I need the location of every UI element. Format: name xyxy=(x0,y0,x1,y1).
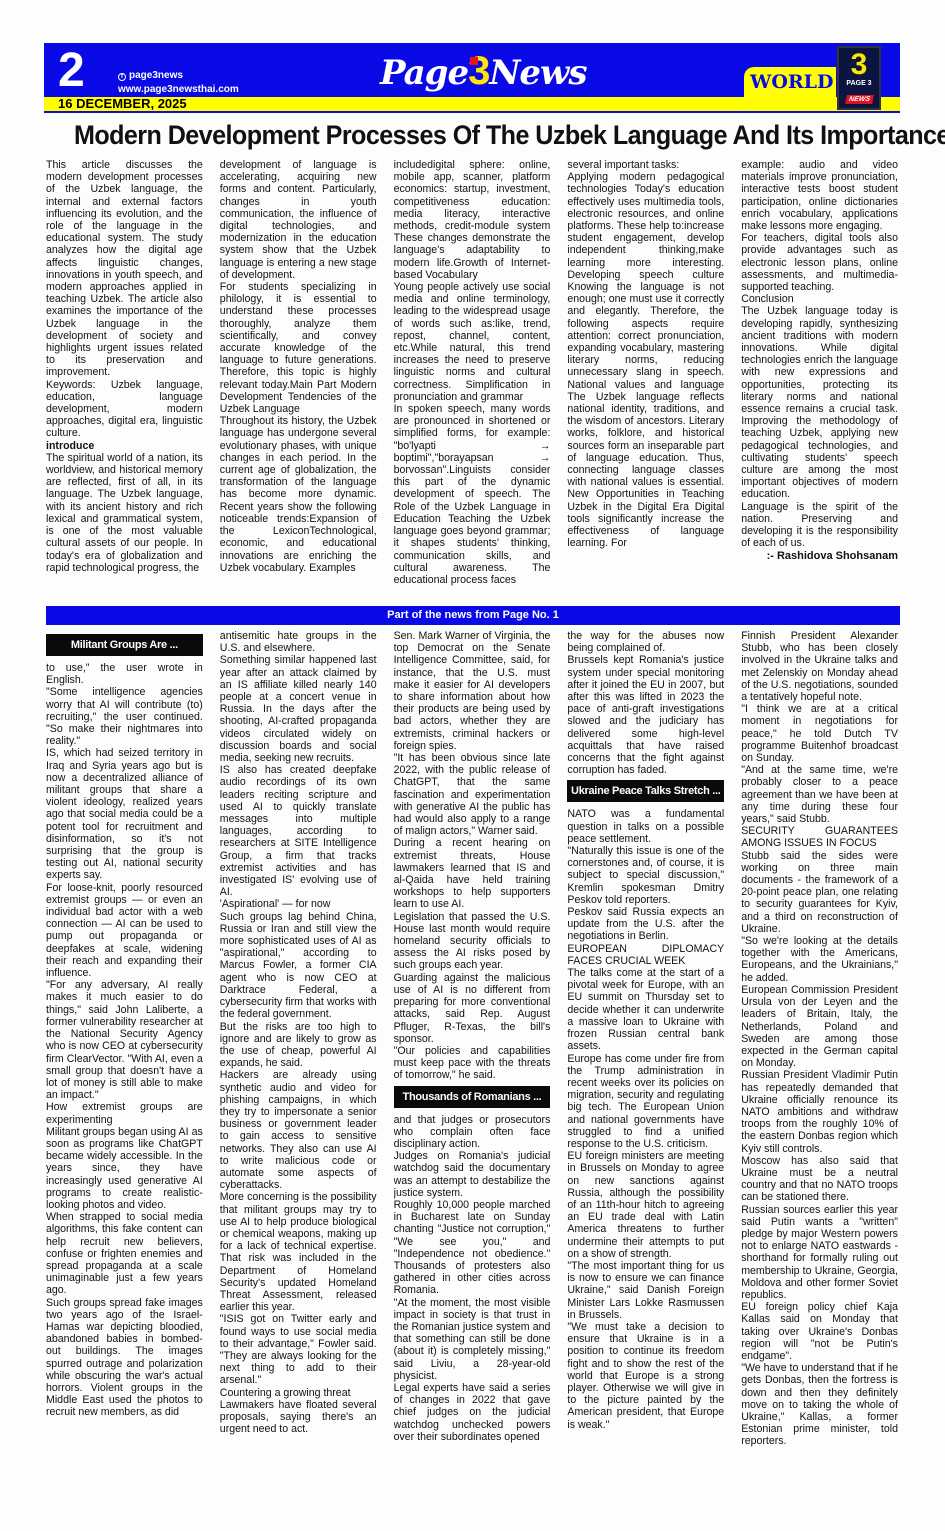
subheading: introduce xyxy=(46,440,203,452)
paragraph: Something similar happened last year aft… xyxy=(220,654,377,764)
paragraph: Such groups lag behind China, Russia or … xyxy=(220,911,377,1021)
paragraph: Moscow has also said that Ukraine must b… xyxy=(741,1155,898,1204)
paragraph: Guarding against the malicious use of AI… xyxy=(394,972,551,1045)
paragraph: "I think we are at a critical moment in … xyxy=(741,703,898,764)
paragraph: The Uzbek language today is developing r… xyxy=(741,305,898,500)
paragraph: IS, which had seized territory in Iraq a… xyxy=(46,747,203,881)
text-column: includedigital sphere: online, mobile ap… xyxy=(394,159,551,599)
logo-number: 3 xyxy=(468,49,489,93)
paragraph: Peskov said Russia expects an update fro… xyxy=(567,906,724,943)
section-label: WORLD xyxy=(750,71,834,93)
social-handle: page3news xyxy=(129,70,183,81)
paragraph: European Commission President Ursula von… xyxy=(741,984,898,1069)
paragraph: Roughly 10,000 people marched in Buchare… xyxy=(394,1199,551,1297)
paragraph: example: audio and video materials impro… xyxy=(741,159,898,232)
paragraph: Brussels kept Romania's justice system u… xyxy=(567,654,724,776)
paragraph: "Naturally this issue is one of the corn… xyxy=(567,845,724,906)
paragraph: Sen. Mark Warner of Virginia, the top De… xyxy=(394,630,551,752)
text-column: Finnish President Alexander Stubb, who h… xyxy=(741,630,898,1490)
story-kicker[interactable]: Thousands of Romanians ... xyxy=(394,1086,551,1108)
social-handle-row[interactable]: fpage3news xyxy=(118,69,239,83)
paragraph: During a recent hearing on extremist thr… xyxy=(394,837,551,910)
masthead-rule xyxy=(44,111,900,113)
paragraph: In spoken speech, many words are pronoun… xyxy=(394,403,551,586)
social-links: fpage3news www.page3newsthai.com xyxy=(118,69,239,97)
paragraph: to use," the user wrote in English. xyxy=(46,662,203,686)
paragraph: For teachers, digital tools also provide… xyxy=(741,232,898,293)
paragraph: The talks come at the start of a pivotal… xyxy=(567,967,724,1052)
paragraph: Stubb said the sides were working on thr… xyxy=(741,850,898,935)
paragraph: EUROPEAN DIPLOMACY FACES CRUCIAL WEEK xyxy=(567,943,724,967)
newspaper-logo: Page3News xyxy=(380,51,586,93)
text-column: example: audio and video materials impro… xyxy=(741,159,898,599)
text-column: Militant Groups Are ...to use," the user… xyxy=(46,630,203,1490)
website-link[interactable]: www.page3newsthai.com xyxy=(118,83,239,97)
paragraph: Young people actively use social media a… xyxy=(394,281,551,403)
text-column: Sen. Mark Warner of Virginia, the top De… xyxy=(394,630,551,1490)
paragraph: "Some intelligence agencies worry that A… xyxy=(46,686,203,747)
masthead: 2 fpage3news www.page3newsthai.com 16 DE… xyxy=(44,43,900,113)
paragraph: "And at the same time, we're probably cl… xyxy=(741,764,898,825)
paragraph: and that judges or prosecutors who compl… xyxy=(394,1114,551,1151)
paragraph: Countering a growing threat xyxy=(220,1387,377,1399)
paragraph: When strapped to social media algorithms… xyxy=(46,1211,203,1296)
paragraph: Finnish President Alexander Stubb, who h… xyxy=(741,630,898,703)
paragraph: 'Aspirational' — for now xyxy=(220,898,377,910)
paragraph: SECURITY GUARANTEES AMONG ISSUES IN FOCU… xyxy=(741,825,898,849)
paragraph: Judges on Romania's judicial watchdog sa… xyxy=(394,1150,551,1199)
paragraph: But the risks are too high to ignore and… xyxy=(220,1021,377,1070)
paragraph: includedigital sphere: online, mobile ap… xyxy=(394,159,551,281)
paragraph: This article discusses the modern develo… xyxy=(46,159,203,379)
paragraph: Language is the spirit of the nation. Pr… xyxy=(741,501,898,550)
badge-news-text: NEWS xyxy=(845,95,874,104)
paragraph: Russian sources earlier this year said P… xyxy=(741,1204,898,1302)
brand-badge: 3 PAGE 3 NEWS xyxy=(837,46,881,110)
paragraph: Keywords: Uzbek language, education, lan… xyxy=(46,379,203,440)
paragraph: Such groups spread fake images two years… xyxy=(46,1297,203,1419)
paragraph: For students specializing in philology, … xyxy=(220,281,377,415)
continued-stories-body: Militant Groups Are ...to use," the user… xyxy=(46,630,900,1490)
paragraph: the way for the abuses now being complai… xyxy=(567,630,724,654)
text-column: several important tasks:Applying modern … xyxy=(567,159,724,599)
lead-article-body: This article discusses the modern develo… xyxy=(46,159,900,599)
author-byline: :- Rashidova Shohsanam xyxy=(741,550,898,562)
text-column: antisemitic hate groups in the U.S. and … xyxy=(220,630,377,1490)
lead-headline: Modern Development Processes Of The Uzbe… xyxy=(74,118,870,152)
paragraph: Russian President Vladimir Putin has rep… xyxy=(741,1069,898,1154)
badge-number: 3 xyxy=(839,50,879,80)
story-kicker[interactable]: Ukraine Peace Talks Stretch ... xyxy=(567,780,724,802)
text-column: the way for the abuses now being complai… xyxy=(567,630,724,1490)
issue-date: 16 DECEMBER, 2025 xyxy=(58,97,187,111)
logo-word-page: Page xyxy=(380,53,468,93)
paragraph: Throughout its history, the Uzbek langua… xyxy=(220,415,377,574)
paragraph: Europe has come under fire from the Trum… xyxy=(567,1053,724,1151)
paragraph: EU foreign policy chief Kaja Kallas said… xyxy=(741,1301,898,1362)
paragraph: NATO was a fundamental question in talks… xyxy=(567,808,724,845)
paragraph: "It has been obvious since late 2022, wi… xyxy=(394,752,551,837)
paragraph: "We must take a decision to ensure that … xyxy=(567,1321,724,1431)
paragraph: "ISIS got on Twitter early and found way… xyxy=(220,1313,377,1386)
paragraph: Legal experts have said a series of chan… xyxy=(394,1382,551,1443)
paragraph: Hackers are already using synthetic audi… xyxy=(220,1069,377,1191)
paragraph: antisemitic hate groups in the U.S. and … xyxy=(220,630,377,654)
paragraph: "The most important thing for us is now … xyxy=(567,1260,724,1321)
page-number: 2 xyxy=(58,45,85,97)
paragraph: "For any adversary, AI really makes it m… xyxy=(46,979,203,1101)
logo-word-news: News xyxy=(489,53,586,93)
text-column: development of language is accelerating,… xyxy=(220,159,377,599)
paragraph: EU foreign ministers are meeting in Brus… xyxy=(567,1150,724,1260)
paragraph: The spiritual world of a nation, its wor… xyxy=(46,452,203,574)
paragraph: Militant groups began using AI as soon a… xyxy=(46,1126,203,1211)
badge-page-text: PAGE 3 xyxy=(839,80,879,88)
paragraph: development of language is accelerating,… xyxy=(220,159,377,281)
paragraph: Legislation that passed the U.S. House l… xyxy=(394,911,551,972)
text-column: This article discusses the modern develo… xyxy=(46,159,203,599)
paragraph: IS also has created deepfake audio recor… xyxy=(220,764,377,898)
continued-from-page-bar: Part of the news from Page No. 1 xyxy=(46,606,900,625)
paragraph: several important tasks: xyxy=(567,159,724,171)
paragraph: How extremist groups are experimenting xyxy=(46,1101,203,1125)
paragraph: Lawmakers have floated several proposals… xyxy=(220,1399,377,1436)
story-kicker[interactable]: Militant Groups Are ... xyxy=(46,634,203,656)
paragraph: "So we're looking at the details togethe… xyxy=(741,935,898,984)
paragraph: Applying modern pedagogical technologies… xyxy=(567,171,724,549)
paragraph: "We have to understand that if he gets D… xyxy=(741,1362,898,1447)
paragraph: "At the moment, the most visible impact … xyxy=(394,1297,551,1382)
paragraph: For loose-knit, poorly resourced extremi… xyxy=(46,882,203,980)
facebook-icon: f xyxy=(118,73,126,81)
paragraph: More concerning is the possibility that … xyxy=(220,1191,377,1313)
paragraph: Conclusion xyxy=(741,293,898,305)
paragraph: "Our policies and capabilities must keep… xyxy=(394,1045,551,1082)
